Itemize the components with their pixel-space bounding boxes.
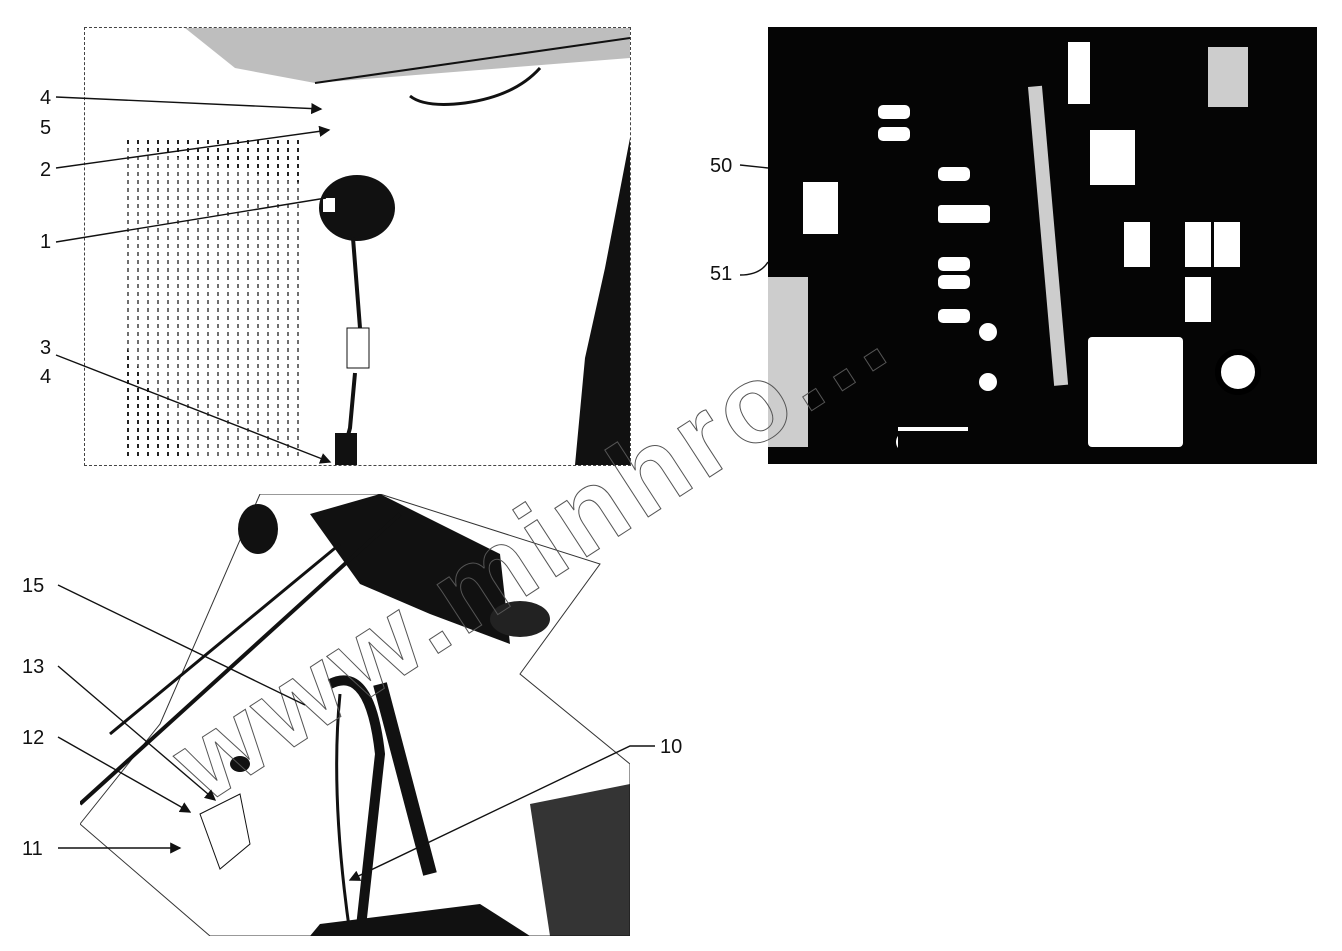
sensor-photo-art <box>85 28 630 465</box>
callout-1: 1 <box>40 232 51 252</box>
callout-4-bottom: 4 <box>40 367 51 387</box>
callout-50: 50 <box>710 156 732 176</box>
callout-3: 3 <box>40 338 51 358</box>
callout-10: 10 <box>660 737 682 757</box>
callout-15: 15 <box>22 576 44 596</box>
callout-13: 13 <box>22 657 44 677</box>
callout-11: 11 <box>22 839 43 859</box>
callout-5: 5 <box>40 118 51 138</box>
callout-12: 12 <box>22 728 44 748</box>
sensor-photo <box>84 27 631 466</box>
callout-4-top: 4 <box>40 88 51 108</box>
callout-51: 51 <box>710 264 732 284</box>
callout-2: 2 <box>40 160 51 180</box>
